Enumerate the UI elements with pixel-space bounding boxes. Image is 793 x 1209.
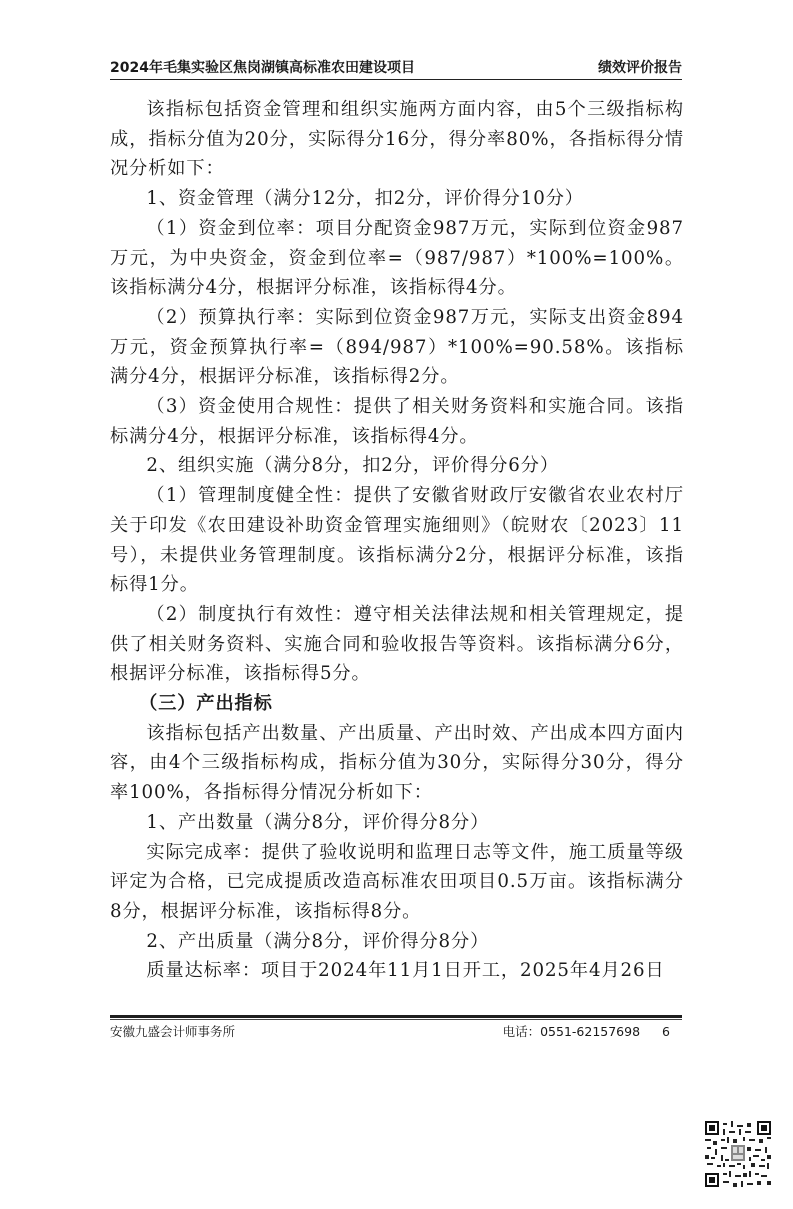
subsection-output-quality: 2、产出质量（满分8分，评价得分8分） xyxy=(110,927,684,957)
section-heading-output: （三）产出指标 xyxy=(110,689,684,719)
output-intro-paragraph: 该指标包括产出数量、产出质量、产出时效、产出成本四方面内容，由4个三级指标构成，… xyxy=(110,719,684,808)
subsection-fund-management: 1、资金管理（满分12分，扣2分，评价得分10分） xyxy=(110,184,684,214)
page-body: 该指标包括资金管理和组织实施两方面内容，由5个三级指标构成，指标分值为20分，实… xyxy=(110,95,684,986)
subsection-output-quantity: 1、产出数量（满分8分，评价得分8分） xyxy=(110,808,684,838)
qr-code-icon xyxy=(705,1121,771,1187)
section-intro-paragraph: 该指标包括资金管理和组织实施两方面内容，由5个三级指标构成，指标分值为20分，实… xyxy=(110,95,684,184)
item-completion-rate: 实际完成率：提供了验收说明和监理日志等文件，施工质量等级评定为合格，已完成提质改… xyxy=(110,838,684,927)
item-system-execution: （2）制度执行有效性：遵守相关法律法规和相关管理规定，提供了相关财务资料、实施合… xyxy=(110,600,684,689)
phone-number: 电话：0551-62157698 xyxy=(503,1022,640,1042)
project-title: 2024年毛集实验区焦岗湖镇高标准农田建设项目 xyxy=(110,58,415,78)
item-fund-compliance: （3）资金使用合规性：提供了相关财务资料和实施合同。该指标满分4分，根据评分标准… xyxy=(110,392,684,451)
page-footer: 安徽九盛会计师事务所 电话：0551-62157698 6 xyxy=(110,1015,682,1042)
page-number: 6 xyxy=(662,1022,670,1042)
page-header: 2024年毛集实验区焦岗湖镇高标准农田建设项目 绩效评价报告 xyxy=(110,54,682,80)
item-budget-execution-rate: （2）预算执行率：实际到位资金987万元，实际支出资金894万元，资金预算执行率… xyxy=(110,303,684,392)
report-type: 绩效评价报告 xyxy=(598,58,682,78)
item-quality-rate: 质量达标率：项目于2024年11月1日开工，2025年4月26日 xyxy=(110,956,684,986)
firm-name: 安徽九盛会计师事务所 xyxy=(110,1022,235,1042)
item-management-system: （1）管理制度健全性：提供了安徽省财政厅安徽省农业农村厅关于印发《农田建设补助资… xyxy=(110,481,684,600)
item-fund-arrival-rate: （1）资金到位率：项目分配资金987万元，实际到位资金987万元，为中央资金，资… xyxy=(110,214,684,303)
footer-rule-thin xyxy=(110,1019,682,1020)
footer-rule xyxy=(110,1015,682,1018)
subsection-organization: 2、组织实施（满分8分，扣2分，评价得分6分） xyxy=(110,451,684,481)
